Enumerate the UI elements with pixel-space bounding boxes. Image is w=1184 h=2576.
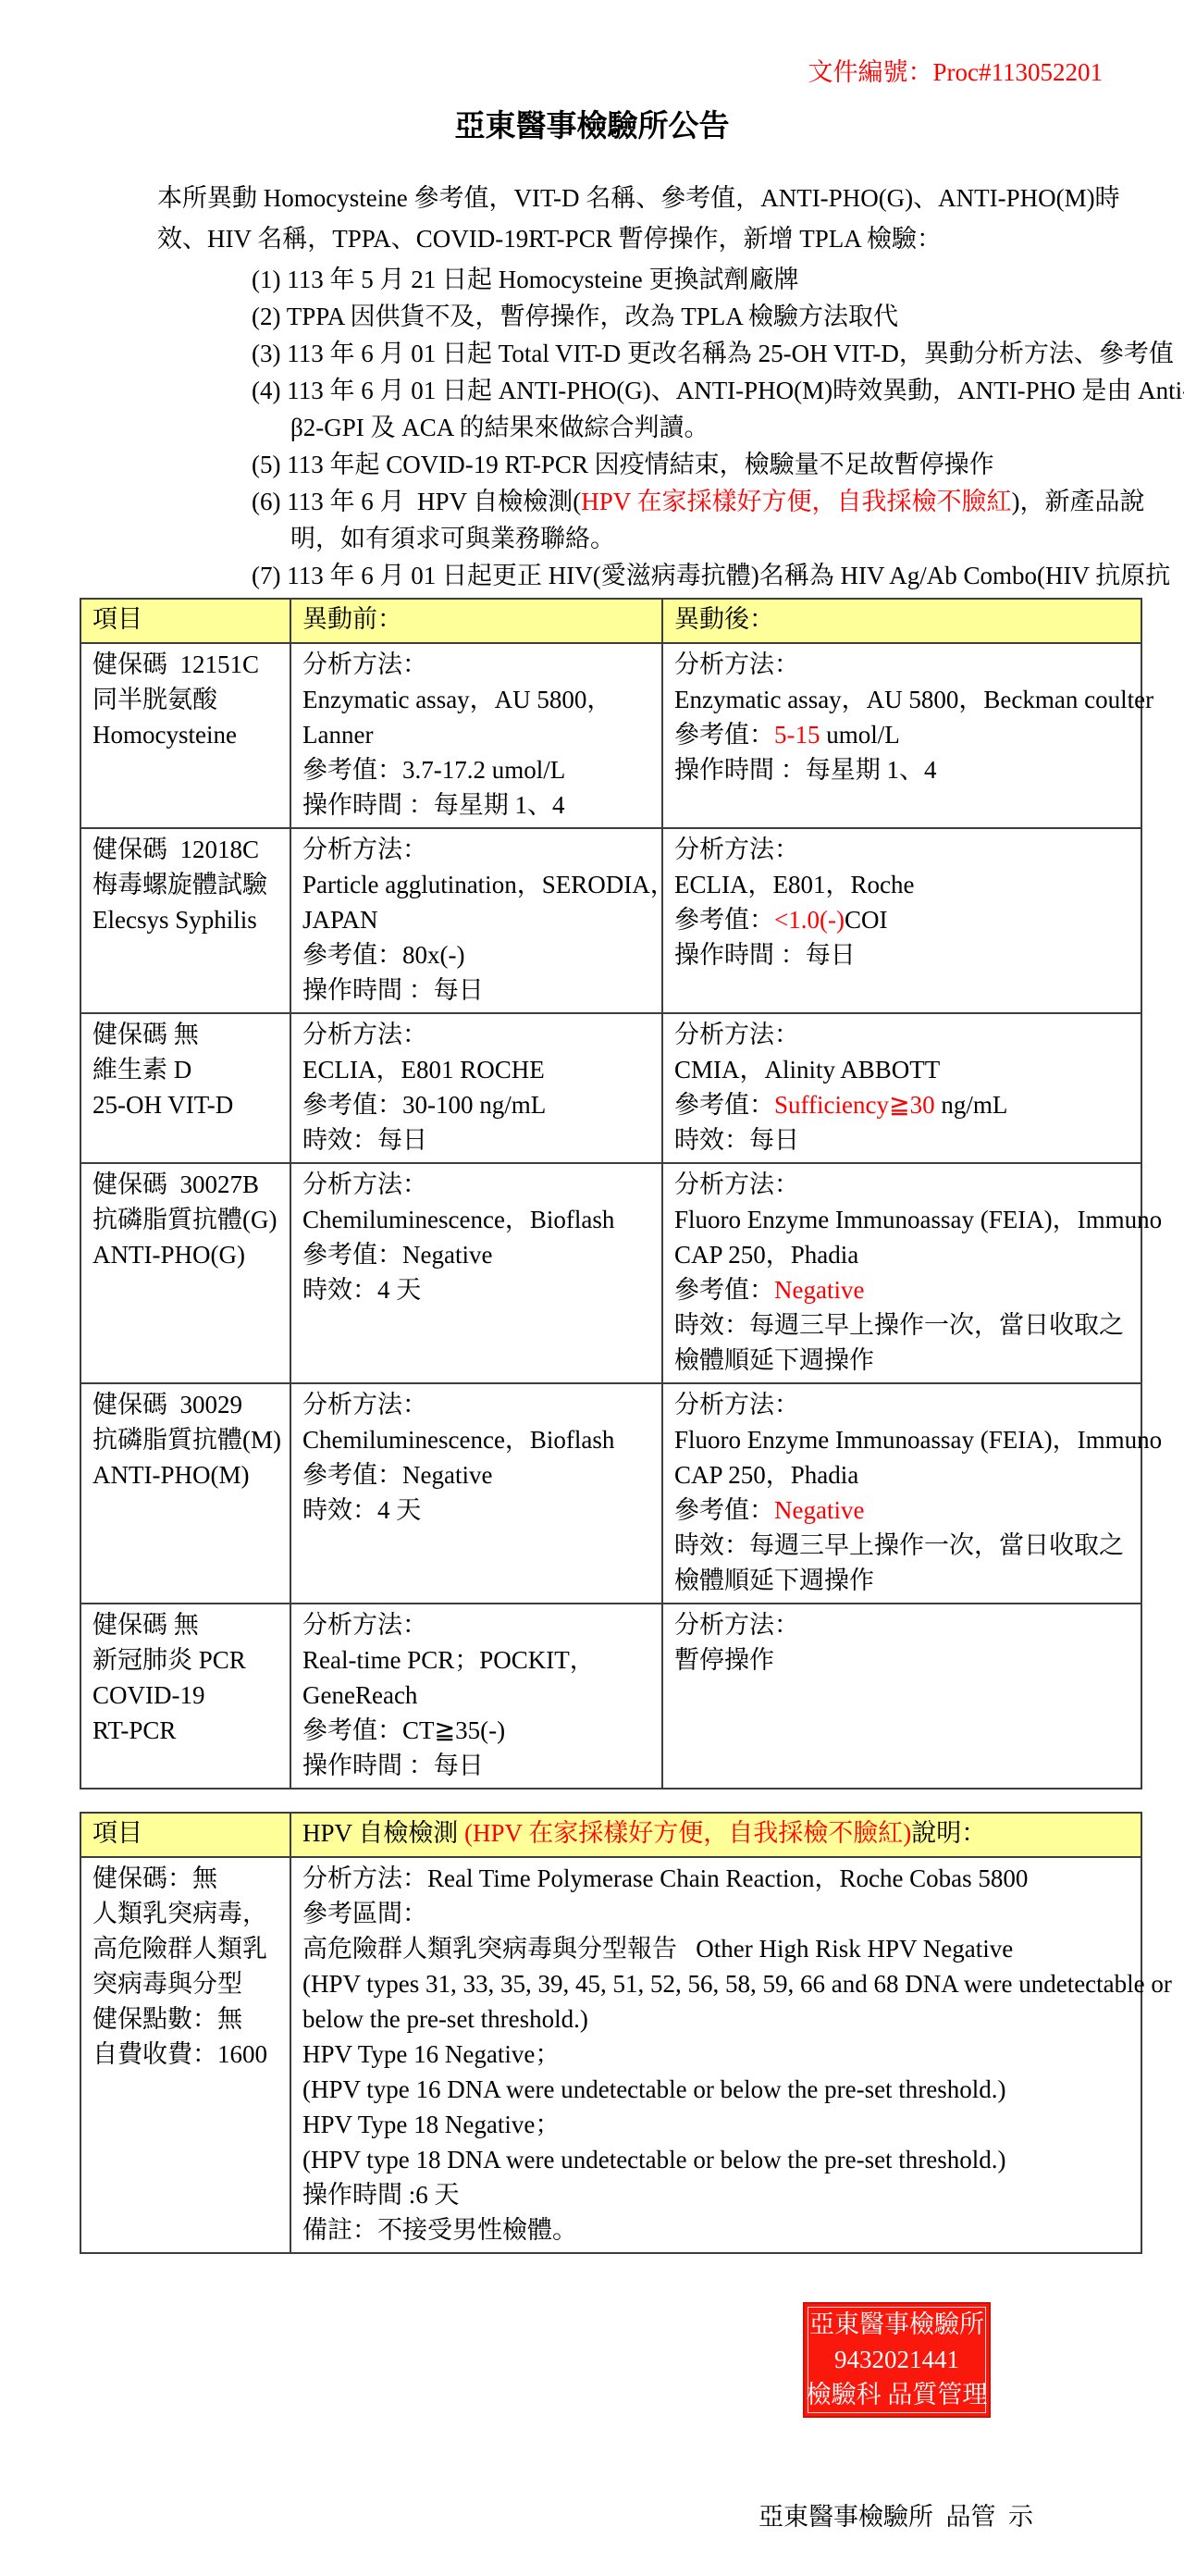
text-segment: 操作時間 ：每日 — [674, 941, 856, 969]
text-segment: ECLIA，E801 ROCHE — [302, 1056, 545, 1084]
cell-line: 參考值：Negative — [302, 1457, 652, 1492]
text-segment: 維生素 D — [92, 1056, 191, 1084]
column-header-hpv-description: HPV 自檢檢測 (HPV 在家採樣好方便，自我採檢不臉紅)說明： — [290, 1813, 1141, 1857]
text-segment: Particle agglutination，SERODIA， — [302, 871, 675, 898]
stamp-line: 9432021441 — [805, 2342, 989, 2377]
cell-line: 參考值：80x(-) — [302, 937, 652, 972]
text-segment: 分析方法：Real Time Polymerase Chain Reaction… — [302, 1864, 1028, 1892]
text-segment: 梅毒螺旋體試驗 — [92, 871, 267, 898]
highlighted-text: 5-15 — [774, 721, 820, 749]
cell-line: 參考值：<1.0(-)COI — [674, 902, 1131, 937]
cell-line: (HPV types 31, 33, 35, 39, 45, 51, 52, 5… — [302, 1966, 1131, 2001]
text-segment: 健保碼 30027B — [92, 1170, 259, 1198]
hpv-table-header-row: 項目 HPV 自檢檢測 (HPV 在家採樣好方便，自我採檢不臉紅)說明： — [80, 1813, 1141, 1857]
cell-line: 高危險群人類乳突病毒與分型報告 Other High Risk HPV Nega… — [302, 1931, 1131, 1966]
text-segment: Enzymatic assay，AU 5800，Beckman coulter — [674, 686, 1153, 713]
highlighted-text: (HPV 在家採樣好方便，自我採檢不臉紅) — [464, 1819, 911, 1847]
text-segment: 25-OH VIT-D — [92, 1091, 233, 1119]
text-segment: ng/mL — [935, 1091, 1008, 1119]
text-segment: 參考值：CT≧35(-) — [302, 1716, 505, 1744]
text-segment: (1) 113 年 5 月 21 日起 Homocysteine 更換試劑廠牌 — [252, 266, 798, 293]
column-header-item: 項目 — [80, 1813, 290, 1857]
cell-line: RT-PCR — [92, 1713, 280, 1748]
cell-line: 抗磷脂質抗體(M) — [92, 1422, 280, 1457]
text-segment: 參考值：Negative — [302, 1461, 492, 1489]
cell-line: 健保碼 無 — [92, 1607, 280, 1642]
list-item-line: 明，如有須求可與業務聯絡。 — [252, 520, 1184, 557]
cell-line: 時效：4 天 — [302, 1272, 652, 1307]
text-segment: 抗磷脂質抗體(G) — [92, 1206, 277, 1233]
text-segment: 操作時間 ：每星期 1、4 — [674, 756, 937, 784]
text-segment: 分析方法： — [302, 1170, 427, 1198]
cell-line: 分析方法： — [674, 1017, 1131, 1052]
cell-line: 檢體順延下週操作 — [674, 1343, 1131, 1378]
text-segment: 操作時間 ：每日 — [302, 1752, 484, 1779]
cell-line: below the pre-set threshold.) — [302, 2001, 1131, 2037]
text-segment: 健保碼 12018C — [92, 836, 259, 863]
cell-line: 健保碼 12018C — [92, 832, 280, 867]
text-segment: HPV Type 16 Negative； — [302, 2040, 560, 2068]
cell-line: 參考值：30-100 ng/mL — [302, 1087, 652, 1122]
cell-item: 健保碼 30027B抗磷脂質抗體(G)ANTI-PHO(G) — [80, 1163, 290, 1383]
text-segment: 暫停操作 — [674, 1646, 774, 1674]
text-segment: COI — [845, 906, 888, 934]
cell-line: 分析方法：Real Time Polymerase Chain Reaction… — [302, 1861, 1131, 1896]
cell-line: 操作時間 ：每日 — [674, 937, 1131, 972]
cell-line: 健保碼 無 — [92, 1017, 280, 1052]
cell-line: 備註：不接受男性檢體。 — [302, 2212, 1131, 2248]
text-segment: 檢體順延下週操作 — [674, 1346, 874, 1374]
text-segment: 參考值： — [674, 1091, 774, 1119]
text-segment: Fluoro Enzyme Immunoassay (FEIA)，Immuno — [674, 1206, 1162, 1233]
text-segment: (6) 113 年 6 月 HPV 自檢檢測( — [252, 488, 581, 515]
cell-line: 分析方法： — [302, 832, 652, 867]
hpv-self-test-table: 項目 HPV 自檢檢測 (HPV 在家採樣好方便，自我採檢不臉紅)說明： 健保碼… — [80, 1812, 1142, 2254]
cell-line: 健保碼 30027B — [92, 1167, 280, 1202]
cell-line: (HPV type 18 DNA were undetectable or be… — [302, 2142, 1131, 2177]
cell-line: 時效：每日 — [674, 1122, 1131, 1158]
cell-before: 分析方法：Enzymatic assay，AU 5800，Lanner參考值：3… — [290, 643, 662, 828]
cell-before: 分析方法：Particle agglutination，SERODIA，JAPA… — [290, 828, 662, 1013]
text-segment: 說明： — [911, 1819, 986, 1847]
text-segment: 新冠肺炎 PCR — [92, 1646, 246, 1674]
cell-line: 參考值：Sufficiency≧30 ng/mL — [674, 1087, 1131, 1122]
list-item-line: (7) 113 年 6 月 01 日起更正 HIV(愛滋病毒抗體)名稱為 HIV… — [252, 557, 1184, 594]
cell-line: 人類乳突病毒， — [92, 1896, 280, 1931]
cell-line: Lanner — [302, 717, 652, 752]
list-item-line: (4) 113 年 6 月 01 日起 ANTI-PHO(G)、ANTI-PHO… — [252, 372, 1184, 409]
cell-line: 梅毒螺旋體試驗 — [92, 867, 280, 902]
text-segment: Enzymatic assay，AU 5800， — [302, 686, 611, 713]
text-segment: 參考值：Negative — [302, 1241, 492, 1269]
highlighted-text: Negative — [774, 1496, 864, 1524]
lab-stamp: 亞東醫事檢驗所9432021441檢驗科 品質管理 — [803, 2302, 991, 2418]
text-segment: 時效：每日 — [302, 1126, 427, 1154]
text-segment: HPV Type 18 Negative； — [302, 2111, 560, 2138]
cell-line: CAP 250，Phadia — [674, 1457, 1131, 1492]
highlighted-text: <1.0(-) — [774, 906, 845, 934]
text-segment: (HPV types 31, 33, 35, 39, 45, 51, 52, 5… — [302, 1970, 1172, 1998]
table-row: 健保碼 無維生素 D25-OH VIT-D分析方法：ECLIA，E801 ROC… — [80, 1013, 1141, 1163]
cell-line: 健保碼 12151C — [92, 647, 280, 682]
text-segment: Chemiluminescence，Bioflash — [302, 1426, 614, 1454]
text-segment: 備註：不接受男性檢體。 — [302, 2216, 577, 2244]
cell-line: 參考值：Negative — [674, 1492, 1131, 1528]
cell-line: Fluoro Enzyme Immunoassay (FEIA)，Immuno — [674, 1422, 1131, 1457]
text-segment: (4) 113 年 6 月 01 日起 ANTI-PHO(G)、ANTI-PHO… — [252, 377, 1184, 404]
text-segment: (2) TPPA 因供貨不及，暫停操作，改為 TPLA 檢驗方法取代 — [252, 303, 898, 330]
cell-line: ANTI-PHO(M) — [92, 1457, 280, 1492]
text-segment: 分析方法： — [302, 1391, 427, 1418]
cell-line: 參考值：CT≧35(-) — [302, 1713, 652, 1748]
table-row: 健保碼 12151C同半胱氨酸Homocysteine分析方法：Enzymati… — [80, 643, 1141, 828]
list-item-line: (1) 113 年 5 月 21 日起 Homocysteine 更換試劑廠牌 — [252, 261, 1184, 298]
cell-line: ECLIA，E801 ROCHE — [302, 1052, 652, 1087]
text-segment: 時效：4 天 — [302, 1276, 421, 1304]
cell-line: 操作時間 ：每星期 1、4 — [674, 752, 1131, 787]
cell-line: Fluoro Enzyme Immunoassay (FEIA)，Immuno — [674, 1202, 1131, 1237]
cell-line: 檢體順延下週操作 — [674, 1563, 1131, 1598]
text-segment: 同半胱氨酸 — [92, 686, 217, 713]
changes-table: 項目 異動前： 異動後： 健保碼 12151C同半胱氨酸Homocysteine… — [80, 598, 1142, 1790]
cell-line: Enzymatic assay，AU 5800，Beckman coulter — [674, 682, 1131, 717]
cell-before: 分析方法：ECLIA，E801 ROCHE參考值：30-100 ng/mL時效：… — [290, 1013, 662, 1163]
cell-after: 分析方法：暫停操作 — [662, 1604, 1141, 1789]
intro-line: 本所異動 Homocysteine 參考值，VIT-D 名稱、參考值，ANTI-… — [157, 178, 1120, 218]
cell-line: 參考值：3.7-17.2 umol/L — [302, 752, 652, 787]
text-segment: 健保碼 無 — [92, 1611, 199, 1639]
cell-line: HPV Type 16 Negative； — [302, 2037, 1131, 2072]
cell-line: 分析方法： — [302, 1387, 652, 1422]
document-number: 文件編號：Proc#113052201 — [808, 52, 1104, 88]
cell-before: 分析方法：Real-time PCR；POCKIT，GeneReach參考值：C… — [290, 1604, 662, 1789]
highlighted-text: Negative — [774, 1276, 864, 1304]
text-segment: ANTI-PHO(M) — [92, 1461, 249, 1489]
cell-line: Elecsys Syphilis — [92, 902, 280, 937]
cell-item: 健保碼：無人類乳突病毒，高危險群人類乳突病毒與分型健保點數：無自費收費：1600 — [80, 1857, 290, 2253]
text-segment: CMIA，Alinity ABBOTT — [674, 1056, 940, 1084]
cell-line: 同半胱氨酸 — [92, 682, 280, 717]
stamp-line: 亞東醫事檢驗所 — [805, 2307, 989, 2342]
cell-description: 分析方法：Real Time Polymerase Chain Reaction… — [290, 1857, 1141, 2253]
text-segment: 突病毒與分型 — [92, 1970, 242, 1998]
text-segment: 參考值： — [674, 1276, 774, 1304]
cell-item: 健保碼 12018C梅毒螺旋體試驗Elecsys Syphilis — [80, 828, 290, 1013]
table-row: 健保碼 12018C梅毒螺旋體試驗Elecsys Syphilis分析方法：Pa… — [80, 828, 1141, 1013]
intro-line: 效、HIV 名稱，TPPA、COVID-19RT-PCR 暫停操作，新增 TPL… — [157, 218, 1120, 259]
text-segment: Fluoro Enzyme Immunoassay (FEIA)，Immuno — [674, 1426, 1162, 1454]
list-item-line: (2) TPPA 因供貨不及，暫停操作，改為 TPLA 檢驗方法取代 — [252, 298, 1184, 335]
text-segment: Chemiluminescence，Bioflash — [302, 1206, 614, 1233]
text-segment: 分析方法： — [674, 1021, 799, 1048]
text-segment: 分析方法： — [302, 1021, 427, 1048]
column-header-after: 異動後： — [662, 599, 1141, 643]
cell-line: Chemiluminescence，Bioflash — [302, 1422, 652, 1457]
cell-line: 自費收費：1600 — [92, 2037, 280, 2072]
cell-before: 分析方法：Chemiluminescence，Bioflash參考值：Negat… — [290, 1383, 662, 1604]
text-segment: ANTI-PHO(G) — [92, 1241, 245, 1269]
text-segment: 健保碼 30029 — [92, 1391, 242, 1418]
text-segment: CAP 250，Phadia — [674, 1241, 858, 1269]
table-row: 健保碼：無人類乳突病毒，高危險群人類乳突病毒與分型健保點數：無自費收費：1600… — [80, 1857, 1141, 2253]
cell-line: Homocysteine — [92, 717, 280, 752]
text-segment: 時效：4 天 — [302, 1496, 421, 1524]
intro-paragraph: 本所異動 Homocysteine 參考值，VIT-D 名稱、參考值，ANTI-… — [157, 178, 1120, 259]
text-segment: )，新產品說 — [1012, 488, 1145, 515]
cell-line: 抗磷脂質抗體(G) — [92, 1202, 280, 1237]
cell-line: 時效：每日 — [302, 1122, 652, 1158]
text-segment: CAP 250，Phadia — [674, 1461, 858, 1489]
text-segment: 人類乳突病毒， — [92, 1900, 267, 1927]
text-segment: below the pre-set threshold.) — [302, 2005, 588, 2033]
cell-line: 參考值：Negative — [302, 1237, 652, 1272]
changes-table-body: 健保碼 12151C同半胱氨酸Homocysteine分析方法：Enzymati… — [80, 643, 1141, 1789]
text-segment: COVID-19 — [92, 1681, 205, 1709]
cell-line: 分析方法： — [674, 832, 1131, 867]
text-segment: 參考值：30-100 ng/mL — [302, 1091, 546, 1119]
cell-line: 分析方法： — [674, 1167, 1131, 1202]
text-segment: 健保點數：無 — [92, 2005, 242, 2033]
cell-line: 突病毒與分型 — [92, 1966, 280, 2001]
page-title: 亞東醫事檢驗所公告 — [0, 102, 1184, 145]
highlighted-text: HPV 在家採樣好方便，自我採檢不臉紅 — [581, 488, 1011, 515]
cell-line: 參考值：5-15 umol/L — [674, 717, 1131, 752]
text-segment: 操作時間 ：每日 — [302, 976, 484, 1004]
cell-item: 健保碼 30029抗磷脂質抗體(M)ANTI-PHO(M) — [80, 1383, 290, 1604]
column-header-item: 項目 — [80, 599, 290, 643]
cell-line: Chemiluminescence，Bioflash — [302, 1202, 652, 1237]
cell-line: 高危險群人類乳 — [92, 1931, 280, 1966]
text-segment: 操作時間 :6 天 — [302, 2181, 460, 2209]
cell-line: 維生素 D — [92, 1052, 280, 1087]
text-segment: 時效：每週三早上操作一次，當日收取之 — [674, 1311, 1124, 1339]
cell-line: 分析方法： — [674, 647, 1131, 682]
cell-line: CMIA，Alinity ABBOTT — [674, 1052, 1131, 1087]
table-row: 健保碼 30029抗磷脂質抗體(M)ANTI-PHO(M)分析方法：Chemil… — [80, 1383, 1141, 1604]
text-segment: (3) 113 年 6 月 01 日起 Total VIT-D 更改名稱為 25… — [252, 340, 1174, 367]
text-segment: 參考區間： — [302, 1900, 427, 1927]
text-segment: 參考值： — [674, 906, 774, 934]
cell-after: 分析方法：CMIA，Alinity ABBOTT參考值：Sufficiency≧… — [662, 1013, 1141, 1163]
text-segment: 時效：每日 — [674, 1126, 799, 1154]
text-segment: 參考值：3.7-17.2 umol/L — [302, 756, 565, 784]
text-segment: 分析方法： — [302, 650, 427, 678]
list-item-line: (6) 113 年 6 月 HPV 自檢檢測(HPV 在家採樣好方便，自我採檢不… — [252, 483, 1184, 520]
text-segment: Homocysteine — [92, 721, 237, 749]
cell-line: 健保碼 30029 — [92, 1387, 280, 1422]
cell-line: 新冠肺炎 PCR — [92, 1642, 280, 1678]
cell-line: 操作時間 ：每日 — [302, 1748, 652, 1783]
list-item-line: (3) 113 年 6 月 01 日起 Total VIT-D 更改名稱為 25… — [252, 335, 1184, 372]
cell-after: 分析方法：Enzymatic assay，AU 5800，Beckman cou… — [662, 643, 1141, 828]
cell-item: 健保碼 無維生素 D25-OH VIT-D — [80, 1013, 290, 1163]
text-segment: 明，如有須求可與業務聯絡。 — [290, 525, 615, 552]
text-segment: Real-time PCR；POCKIT， — [302, 1646, 595, 1674]
text-segment: (5) 113 年起 COVID-19 RT-PCR 因疫情結束，檢驗量不足故暫… — [252, 451, 994, 478]
text-segment: 分析方法： — [302, 1611, 427, 1639]
cell-line: Enzymatic assay，AU 5800， — [302, 682, 652, 717]
text-segment: β2-GPI 及 ACA 的結果來做綜合判讀。 — [290, 414, 709, 441]
list-item-line: (5) 113 年起 COVID-19 RT-PCR 因疫情結束，檢驗量不足故暫… — [252, 446, 1184, 483]
text-segment: 高危險群人類乳 — [92, 1935, 267, 1963]
cell-line: 時效：每週三早上操作一次，當日收取之 — [674, 1307, 1131, 1343]
text-segment: 健保碼 12151C — [92, 650, 259, 678]
cell-line: 暫停操作 — [674, 1642, 1131, 1678]
list-item-line: β2-GPI 及 ACA 的結果來做綜合判讀。 — [252, 409, 1184, 446]
cell-after: 分析方法：Fluoro Enzyme Immunoassay (FEIA)，Im… — [662, 1163, 1141, 1383]
text-segment: JAPAN — [302, 906, 378, 934]
changes-table-header-row: 項目 異動前： 異動後： — [80, 599, 1141, 643]
text-segment: 參考值： — [674, 1496, 774, 1524]
cell-line: 時效：4 天 — [302, 1492, 652, 1528]
cell-line: COVID-19 — [92, 1678, 280, 1713]
table-row: 健保碼 30027B抗磷脂質抗體(G)ANTI-PHO(G)分析方法：Chemi… — [80, 1163, 1141, 1383]
text-segment: 分析方法： — [674, 836, 799, 863]
text-segment: 分析方法： — [674, 1391, 799, 1418]
cell-line: Particle agglutination，SERODIA， — [302, 867, 652, 902]
cell-after: 分析方法：ECLIA，E801，Roche參考值：<1.0(-)COI操作時間 … — [662, 828, 1141, 1013]
stamp-line: 檢驗科 品質管理 — [805, 2377, 989, 2412]
cell-line: JAPAN — [302, 902, 652, 937]
text-segment: 分析方法： — [302, 836, 427, 863]
text-segment: umol/L — [820, 721, 900, 749]
cell-line: 分析方法： — [674, 1607, 1131, 1642]
text-segment: 時效：每週三早上操作一次，當日收取之 — [674, 1531, 1124, 1559]
text-segment: 操作時間 ：每星期 1、4 — [302, 791, 565, 819]
announcement-document: 文件編號：Proc#113052201 亞東醫事檢驗所公告 本所異動 Homoc… — [0, 0, 1184, 2576]
cell-line: 健保點數：無 — [92, 2001, 280, 2037]
text-segment: (7) 113 年 6 月 01 日起更正 HIV(愛滋病毒抗體)名稱為 HIV… — [252, 562, 1170, 589]
column-header-before: 異動前： — [290, 599, 662, 643]
text-segment: (HPV type 16 DNA were undetectable or be… — [302, 2075, 1006, 2103]
cell-item: 健保碼 12151C同半胱氨酸Homocysteine — [80, 643, 290, 828]
cell-line: ANTI-PHO(G) — [92, 1237, 280, 1272]
cell-line: HPV Type 18 Negative； — [302, 2107, 1131, 2142]
text-segment: 分析方法： — [674, 1611, 799, 1639]
text-segment: ECLIA，E801，Roche — [674, 871, 914, 898]
text-segment: 健保碼 無 — [92, 1021, 199, 1048]
cell-line: 操作時間 :6 天 — [302, 2177, 1131, 2212]
cell-line: (HPV type 16 DNA were undetectable or be… — [302, 2072, 1131, 2107]
text-segment: 參考值：80x(-) — [302, 941, 464, 969]
cell-line: 參考區間： — [302, 1896, 1131, 1931]
cell-line: ECLIA，E801，Roche — [674, 867, 1131, 902]
cell-line: 分析方法： — [302, 1607, 652, 1642]
text-segment: 分析方法： — [674, 1170, 799, 1198]
cell-line: 25-OH VIT-D — [92, 1087, 280, 1122]
hpv-table-body: 健保碼：無人類乳突病毒，高危險群人類乳突病毒與分型健保點數：無自費收費：1600… — [80, 1857, 1141, 2253]
cell-line: 時效：每週三早上操作一次，當日收取之 — [674, 1528, 1131, 1563]
text-segment: RT-PCR — [92, 1716, 176, 1744]
cell-line: CAP 250，Phadia — [674, 1237, 1131, 1272]
text-segment: GeneReach — [302, 1681, 417, 1709]
cell-item: 健保碼 無新冠肺炎 PCRCOVID-19RT-PCR — [80, 1604, 290, 1789]
text-segment: 分析方法： — [674, 650, 799, 678]
cell-line: 參考值：Negative — [674, 1272, 1131, 1307]
cell-line: GeneReach — [302, 1678, 652, 1713]
footer-signature: 亞東醫事檢驗所 品管 示 — [758, 2496, 1033, 2533]
text-segment: HPV 自檢檢測 — [302, 1819, 464, 1847]
cell-line: 分析方法： — [302, 647, 652, 682]
cell-before: 分析方法：Chemiluminescence，Bioflash參考值：Negat… — [290, 1163, 662, 1383]
text-segment: 健保碼：無 — [92, 1864, 217, 1892]
table-row: 健保碼 無新冠肺炎 PCRCOVID-19RT-PCR分析方法：Real-tim… — [80, 1604, 1141, 1789]
announcement-list: (1) 113 年 5 月 21 日起 Homocysteine 更換試劑廠牌(… — [252, 261, 1184, 631]
text-segment: (HPV type 18 DNA were undetectable or be… — [302, 2146, 1006, 2173]
text-segment: 參考值： — [674, 721, 774, 749]
cell-line: Real-time PCR；POCKIT， — [302, 1642, 652, 1678]
cell-line: 操作時間 ：每星期 1、4 — [302, 787, 652, 823]
cell-line: 操作時間 ：每日 — [302, 972, 652, 1008]
text-segment: 高危險群人類乳突病毒與分型報告 Other High Risk HPV Nega… — [302, 1935, 1013, 1963]
text-segment: Lanner — [302, 721, 373, 749]
text-segment: 檢體順延下週操作 — [674, 1567, 874, 1594]
cell-after: 分析方法：Fluoro Enzyme Immunoassay (FEIA)，Im… — [662, 1383, 1141, 1604]
text-segment: Elecsys Syphilis — [92, 906, 257, 934]
cell-line: 分析方法： — [302, 1017, 652, 1052]
cell-line: 分析方法： — [674, 1387, 1131, 1422]
highlighted-text: Sufficiency≧30 — [774, 1091, 935, 1119]
text-segment: 抗磷脂質抗體(M) — [92, 1426, 281, 1454]
text-segment: 自費收費：1600 — [92, 2040, 267, 2068]
cell-line: 健保碼：無 — [92, 1861, 280, 1896]
cell-line: 分析方法： — [302, 1167, 652, 1202]
